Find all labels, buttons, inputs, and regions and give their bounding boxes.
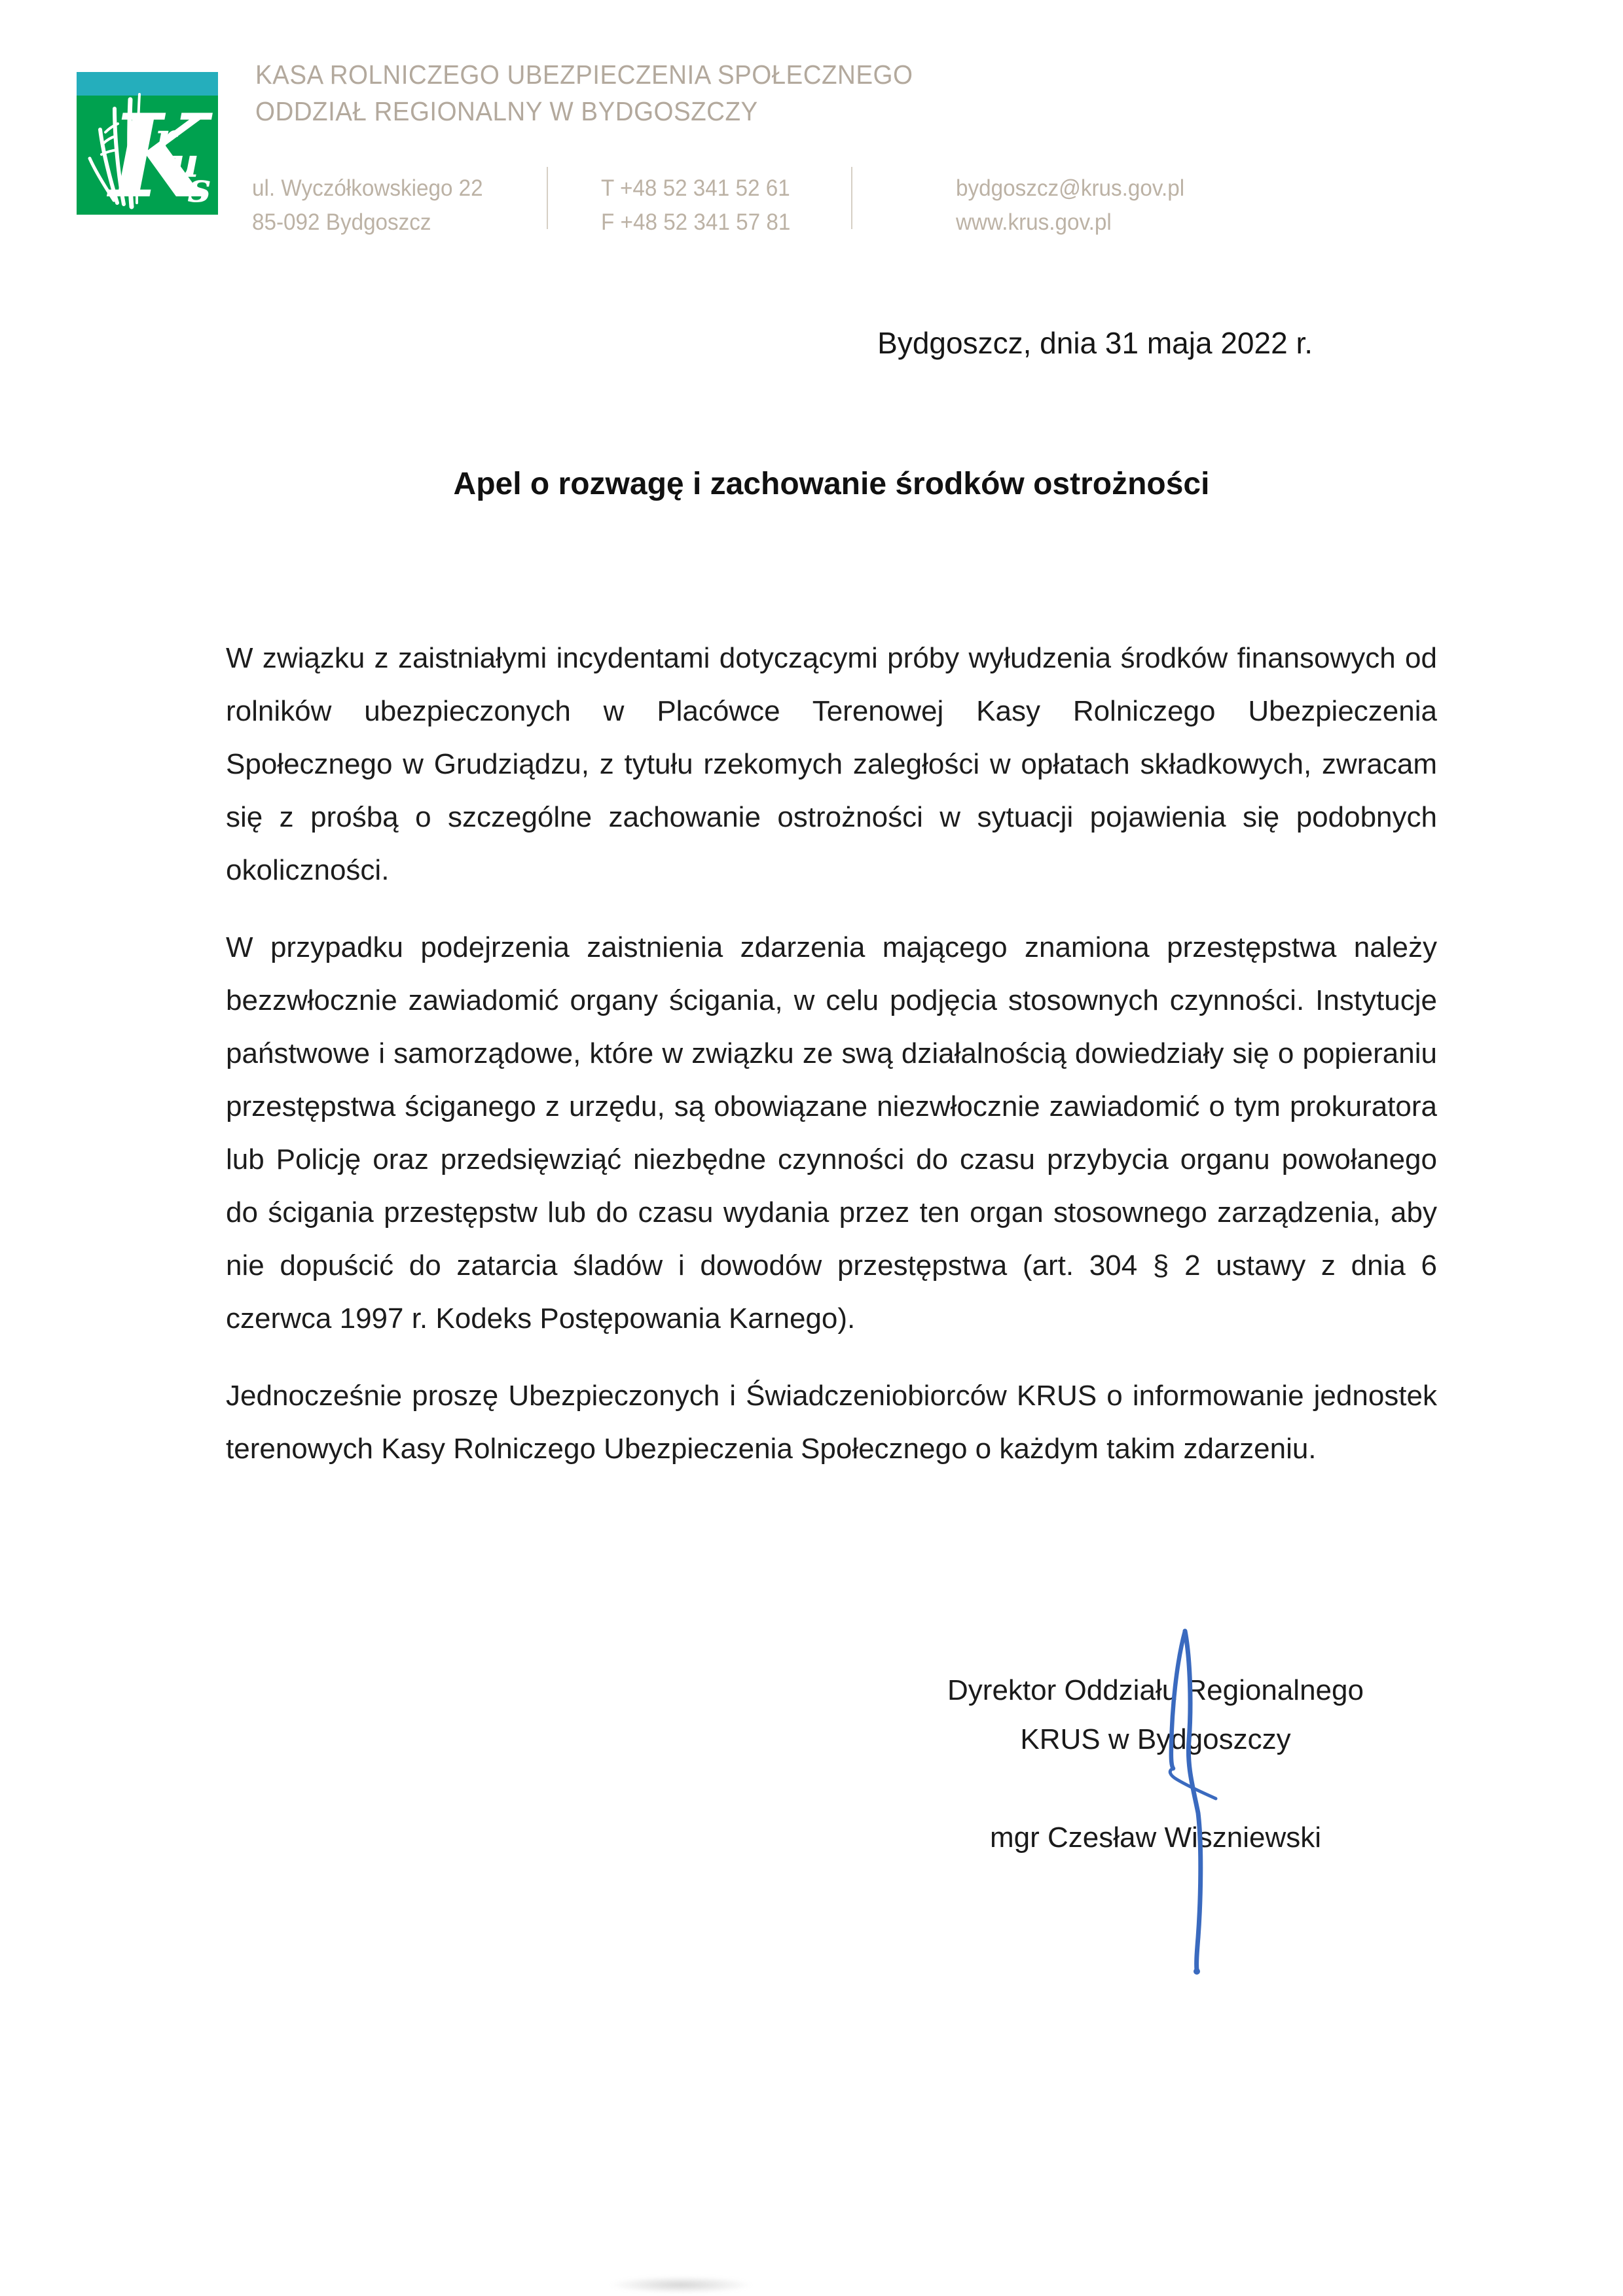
contact-street: ul. Wyczółkowskiego 22 <box>252 171 483 206</box>
signature-name: mgr Czesław Wiszniewski <box>881 1813 1431 1862</box>
logo-lettering: K r u s <box>106 90 213 215</box>
paragraph-3: Jednocześnie proszę Ubezpieczonych i Świ… <box>226 1369 1437 1475</box>
organization-name-line2: ODDZIAŁ REGIONALNY W BYDGOSZCZY <box>255 93 913 130</box>
signature-title-line1: Dyrektor Oddziału Regionalnego <box>881 1666 1431 1715</box>
letter-title: Apel o rozwagę i zachowanie środków ostr… <box>226 466 1437 502</box>
contact-phones: T +48 52 341 52 61 F +48 52 341 57 81 <box>601 171 790 240</box>
contact-address: ul. Wyczółkowskiego 22 85-092 Bydgoszcz <box>252 171 483 240</box>
date-line: Bydgoszcz, dnia 31 maja 2022 r. <box>226 325 1313 361</box>
contact-city: 85-092 Bydgoszcz <box>252 206 483 240</box>
contact-website: www.krus.gov.pl <box>956 206 1184 240</box>
organization-name: KASA ROLNICZEGO UBEZPIECZENIA SPOŁECZNEG… <box>255 56 913 130</box>
contact-divider <box>547 167 548 229</box>
signature-block: Dyrektor Oddziału Regionalnego KRUS w By… <box>881 1666 1431 1862</box>
letter-body: W związku z zaistniałymi incydentami dot… <box>226 632 1437 1499</box>
signature-title-line2: KRUS w Bydgoszczy <box>881 1715 1431 1764</box>
organization-name-line1: KASA ROLNICZEGO UBEZPIECZENIA SPOŁECZNEG… <box>255 56 913 93</box>
contact-web: bydgoszcz@krus.gov.pl www.krus.gov.pl <box>956 171 1184 240</box>
paragraph-2: W przypadku podejrzenia zaistnienia zdar… <box>226 921 1437 1345</box>
paragraph-1: W związku z zaistniałymi incydentami dot… <box>226 632 1437 897</box>
contact-fax: F +48 52 341 57 81 <box>601 206 790 240</box>
contact-divider <box>851 167 852 229</box>
contact-email: bydgoszcz@krus.gov.pl <box>956 171 1184 206</box>
krus-logo-icon: K r u s <box>77 72 218 215</box>
scan-smudge <box>609 2276 753 2293</box>
contact-phone: T +48 52 341 52 61 <box>601 171 790 206</box>
scanned-letter-page: K r u s KASA ROLNICZEGO UBEZPIECZENIA SP… <box>0 0 1623 2296</box>
logo-letter-s: s <box>187 164 211 211</box>
